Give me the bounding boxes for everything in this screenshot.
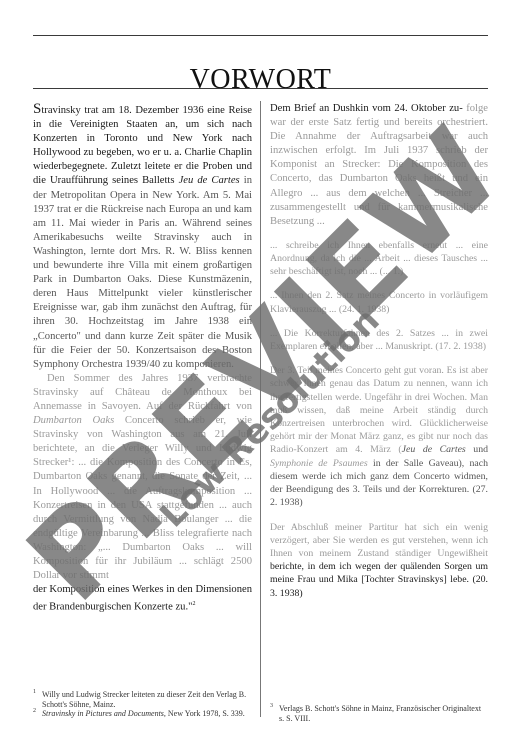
footnote-3: 3Verlags B. Schott's Söhne in Mainz, Fra… — [270, 704, 488, 723]
column-divider — [260, 101, 261, 717]
paragraph-intro: Stravinsky trat am 18. Dezember 1936 ein… — [33, 102, 252, 372]
page-title: VORWORT — [33, 63, 488, 97]
footnote-ref: 2 — [192, 601, 195, 607]
paragraph-summer: Den Sommer des Jahres 1937 verbrachte St… — [33, 372, 252, 583]
footnote-text: , New York 1978, S. 339. — [164, 709, 245, 718]
intro-text-cont: in der Metropolitan Opera in New York. A… — [33, 175, 252, 369]
footnote-text: Verlags B. Schott's Söhne in Mainz, Fran… — [279, 704, 481, 723]
dushkin-text-faded: folge war der erste Satz fertig und bere… — [270, 103, 488, 227]
header-rule-bottom — [33, 88, 488, 89]
concerto-title: Dumbarton Oaks — [33, 415, 114, 426]
footnote-number: 3 — [270, 702, 273, 712]
paragraph-summer-end: der Komposition eines Werkes in den Dime… — [33, 583, 252, 615]
quote4-text: Der 3. Teil meines Concerto geht gut vor… — [270, 365, 488, 455]
summer-text-end: der Komposition eines Werkes in den Dime… — [33, 584, 252, 613]
quote4-work-2: Symphonie de Psaumes — [270, 458, 368, 469]
paragraph-dushkin: Dem Brief an Dushkin vom 24. Oktober zu-… — [270, 102, 488, 229]
footnote-book-title: Stravinsky in Pictures and Documents — [42, 709, 164, 718]
score-preface-page: VORWORT Stravinsky trat am 18. Dezember … — [0, 0, 530, 750]
summer-text: Den Sommer des Jahres 1937 verbrachte St… — [33, 373, 252, 412]
quote5-text: Der Abschluß meiner Partitur hat sich ei… — [270, 522, 488, 559]
footnote-number: 1 — [33, 688, 36, 698]
letter-quote-3: ... Die Korrekturfahnen des 2. Satzes ..… — [270, 327, 488, 353]
letter-quote-2: ... Ihnen den 2. Satz meines Concerto in… — [270, 289, 488, 315]
ballet-title: Jeu de Cartes — [179, 175, 240, 186]
footnotes-right: 3Verlags B. Schott's Söhne in Mainz, Fra… — [270, 704, 488, 723]
quote4-and: und — [466, 444, 488, 455]
right-column: Dem Brief an Dushkin vom 24. Oktober zu-… — [270, 102, 488, 611]
footnote-text: Willy und Ludwig Strecker leiteten zu di… — [42, 690, 246, 709]
letter-quote-1: ... schreibe ich Ihnen ebenfalls erneut … — [270, 239, 488, 279]
quote4-work-1: Jeu de Cartes — [402, 444, 466, 455]
footnote-2: 2Stravinsky in Pictures and Documents, N… — [33, 709, 252, 719]
dushkin-text: Dem Brief an Dushkin vom 24. Oktober zu- — [270, 103, 463, 114]
quote5-tail: berichte, in dem ich wegen der quälenden… — [270, 561, 488, 598]
footnotes-left: 1Willy und Ludwig Strecker leiteten zu d… — [33, 690, 252, 719]
letter-quote-4: Der 3. Teil meines Concerto geht gut vor… — [270, 364, 488, 509]
footnote-number: 2 — [33, 707, 36, 717]
header-rule-top — [33, 35, 488, 36]
summer-text-cont: Concerto schrieb er, wie Stravinsky von … — [33, 415, 252, 581]
left-column: Stravinsky trat am 18. Dezember 1936 ein… — [33, 102, 252, 615]
footnote-1: 1Willy und Ludwig Strecker leiteten zu d… — [33, 690, 252, 709]
letter-quote-5: Der Abschluß meiner Partitur hat sich ei… — [270, 521, 488, 600]
